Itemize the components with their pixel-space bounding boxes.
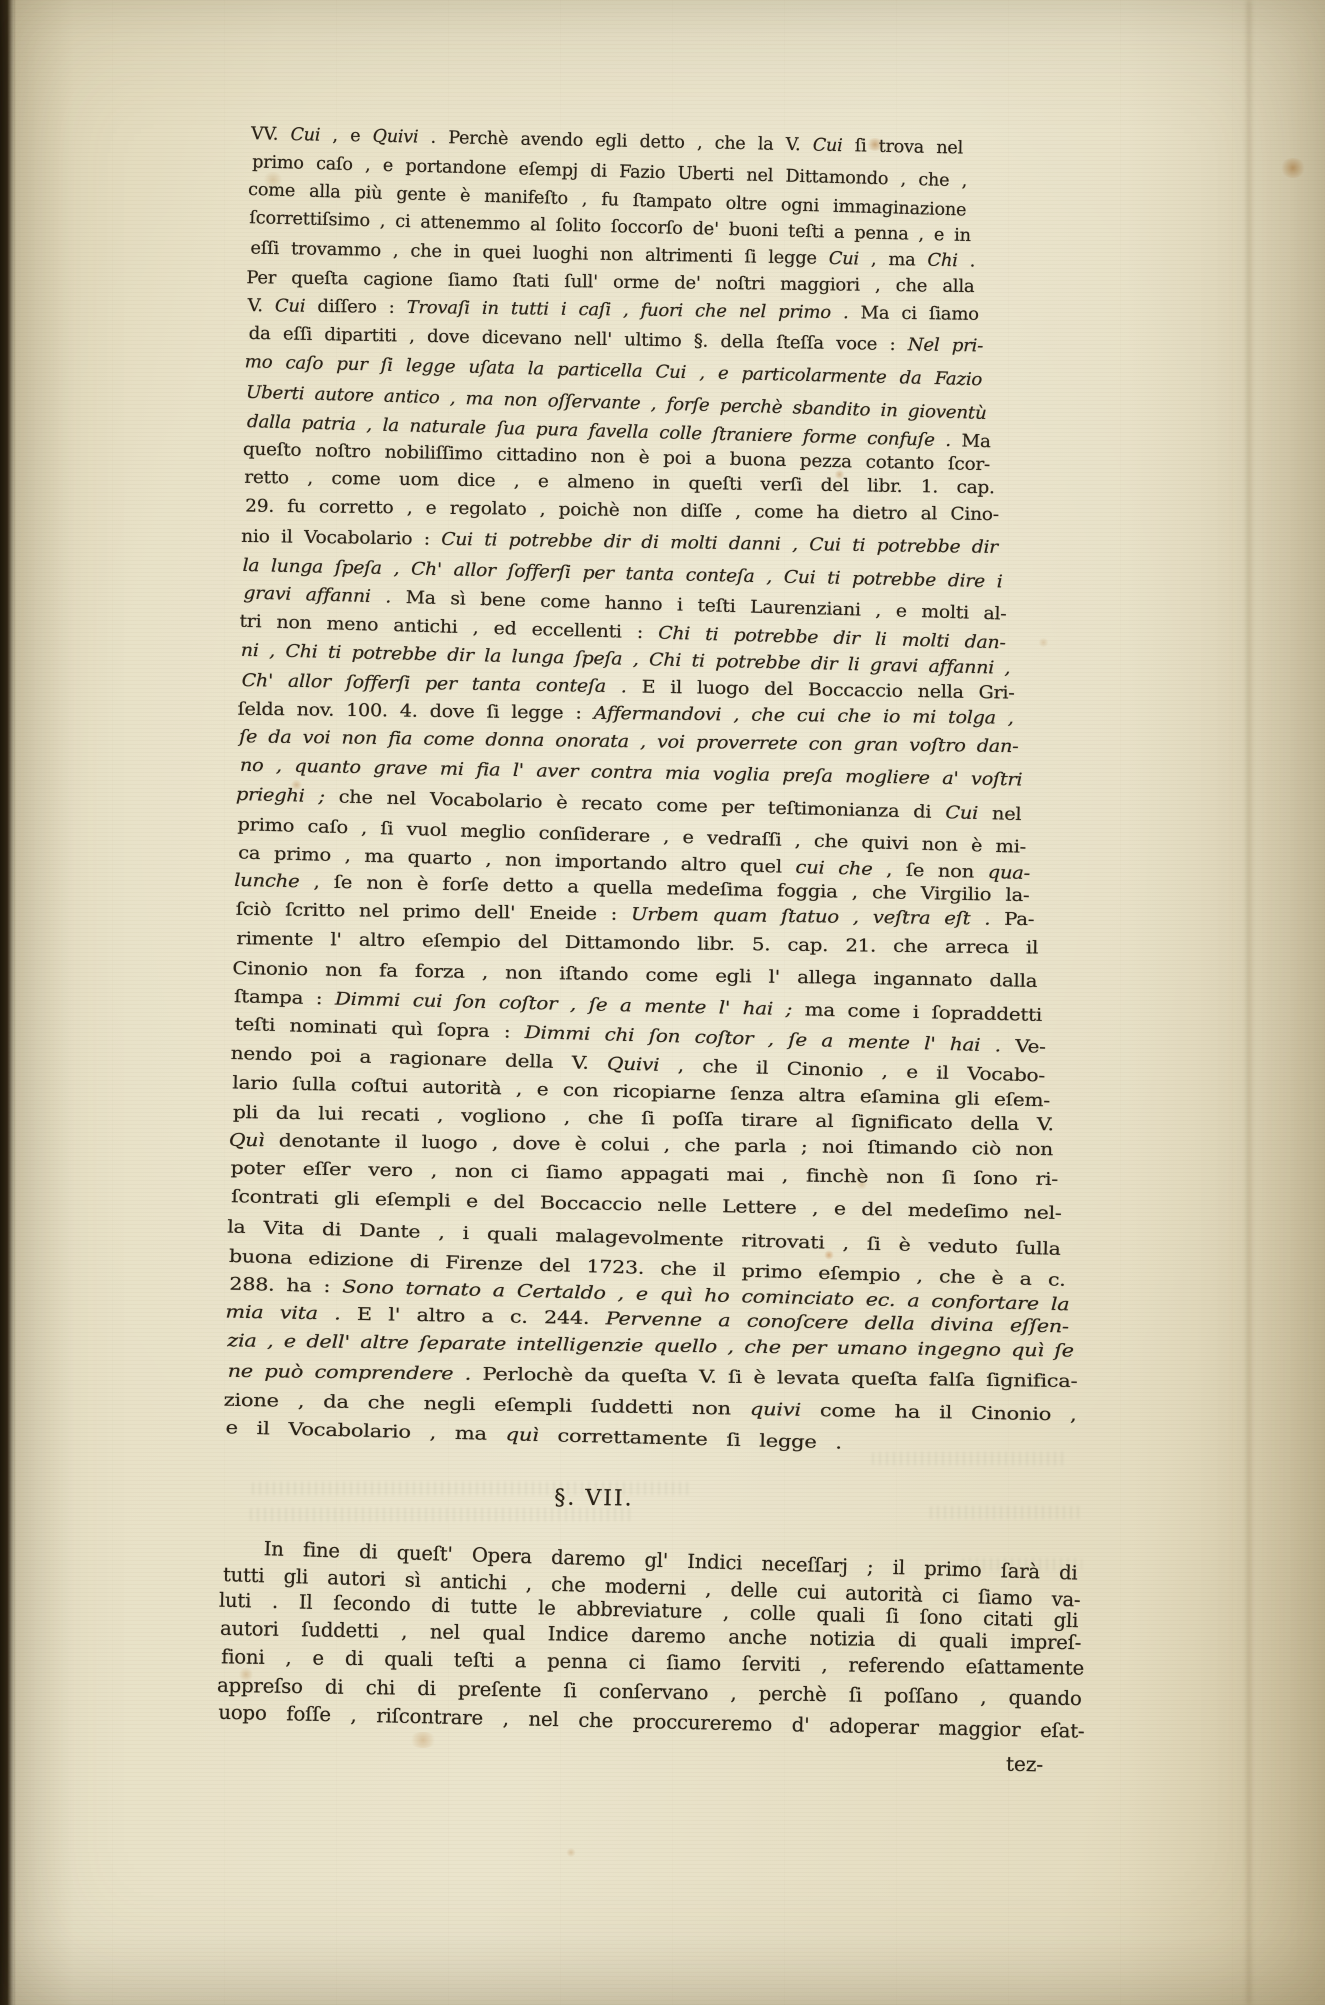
italic-text-segment: ne può comprendere .	[228, 1362, 472, 1385]
italic-text-segment: Nel pri-	[908, 335, 984, 356]
fox-spot	[408, 1732, 438, 1748]
scan-edge-left	[0, 0, 16, 2005]
scanned-book-page: VV. Cui , e Quivi . Perchè avendo egli d…	[0, 0, 1325, 2005]
italic-text-segment: Cui	[829, 249, 860, 270]
italic-text-segment: Cui	[290, 125, 320, 146]
ink-show-through	[930, 1506, 1080, 1519]
italic-text-segment: Quivi	[607, 1054, 660, 1075]
text-segment: rimente l' altro eſempio del Dittamondo …	[236, 929, 1038, 958]
italic-text-segment: Chi	[927, 251, 958, 272]
text-segment: E l' altro a c. 244.	[340, 1304, 605, 1329]
text-segment: Pa-	[990, 909, 1034, 930]
text-segment: teſti nominati quì ſopra :	[234, 1015, 525, 1043]
section-heading: §. VII.	[238, 1481, 950, 1516]
italic-text-segment: ſe da voi non fia come donna onorata , v…	[239, 727, 1018, 757]
italic-text-segment: Cui	[945, 803, 978, 824]
text-segment: correttamente ſi legge .	[538, 1426, 842, 1453]
text-segment: e il Vocabolario , ma	[225, 1418, 506, 1445]
binding-crease	[1247, 0, 1251, 2005]
text-segment: ſi trova nel	[842, 136, 963, 158]
fox-spot	[566, 1848, 576, 1857]
text-segment: denotante il luogo , dove è colui , che …	[264, 1131, 1053, 1160]
text-segment: ſtampa :	[234, 987, 335, 1009]
paragraph-2: In fine di queſt' Opera daremo gl' Indic…	[218, 1533, 1078, 1745]
italic-text-segment: Trovaſi in tutti i caſi , fuori che nel …	[407, 298, 849, 323]
italic-text-segment: Affermandovi , che cui che io mi tolga ,	[594, 704, 1014, 729]
text-segment: .	[958, 251, 976, 271]
italic-text-segment: quì	[505, 1425, 539, 1446]
text-segment: ma come i ſopraddetti	[792, 1000, 1042, 1026]
italic-text-segment: lunche	[234, 871, 300, 892]
italic-text-segment: Cui	[275, 296, 306, 316]
italic-text-segment: Quì	[229, 1131, 265, 1151]
left-margin-shade	[14, 0, 74, 2005]
text-segment: E il luogo del Boccaccio nella Gri-	[627, 677, 1015, 703]
text-segment: 288. ha :	[229, 1274, 342, 1297]
text-segment: ſelda nov. 100. 4. dove ſi legge :	[238, 700, 594, 724]
text-segment: . Perchè avendo egli detto , che la V.	[418, 128, 813, 156]
italic-text-segment: Ch' allor ſofferſi per tanta conteſa .	[242, 671, 627, 697]
italic-text-segment: quivi	[750, 1400, 801, 1421]
italic-text-segment: Quivi	[372, 127, 418, 148]
text-segment: 29. fu corretto , e regolato , poichè no…	[245, 497, 999, 526]
text-segment: ſciò ſcritto nel primo dell' Eneide :	[236, 899, 632, 924]
text-segment: V.	[248, 296, 275, 316]
text-segment: Perlochè da queſta V. ſi è levata queſta…	[471, 1365, 1077, 1392]
text-segment: , e	[320, 126, 373, 147]
italic-text-segment: gravi affanni .	[243, 583, 391, 607]
italic-text-segment: Cui	[813, 135, 843, 156]
paragraph-1: VV. Cui , e Quivi . Perchè avendo egli d…	[225, 119, 963, 1458]
italic-text-segment: zia , e dell' altre ſeparate intelligenz…	[227, 1332, 1074, 1362]
text-segment: come ha il Cinonio ,	[801, 1401, 1077, 1426]
text-segment: , ma	[859, 250, 928, 271]
italic-text-segment: prieghi ;	[236, 785, 325, 807]
italic-text-segment: Cui ti potrebbe dir di molti danni , Cui…	[441, 530, 998, 558]
italic-text-segment: Urbem quam ſtatuo , veſtra eſt .	[631, 904, 991, 929]
text-segment: Ma ci ſiamo	[848, 303, 979, 325]
italic-text-segment: mia vita .	[225, 1302, 340, 1324]
fox-spot	[1038, 638, 1049, 647]
bottom-edge-shade	[0, 1935, 1325, 2005]
catchword: tez-	[1006, 1752, 1044, 1777]
text-segment: VV.	[251, 124, 291, 145]
text-segment: nendo poi a ragionare della V.	[230, 1043, 607, 1073]
italic-text-segment: cui che	[795, 858, 872, 880]
text-segment: nio il Vocabolario :	[241, 527, 441, 550]
text-segment: Ve-	[1001, 1036, 1046, 1057]
text-segment: Ma	[951, 431, 991, 452]
text-segment: nel	[978, 804, 1022, 825]
page-curl-shadow	[1125, 0, 1325, 2005]
text-segment: diſſero :	[305, 296, 407, 317]
